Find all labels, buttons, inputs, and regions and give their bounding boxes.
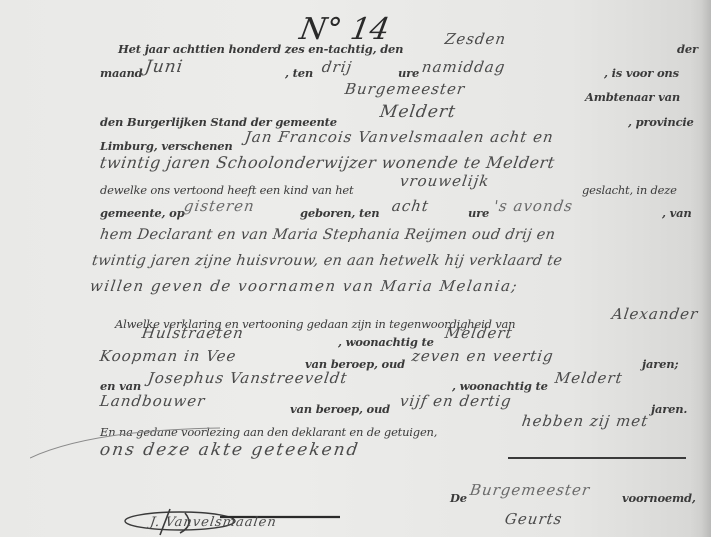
printed-l2d: , is voor ons bbox=[604, 66, 679, 80]
printed-l1b: der bbox=[677, 42, 698, 56]
printed-l3: Ambtenaar van bbox=[585, 90, 680, 104]
ink-stroke bbox=[30, 420, 230, 464]
hand-closing-line1: hebben zij met bbox=[521, 412, 650, 430]
hand-declarant-line1: Jan Francois Vanvelsmaalen acht en bbox=[244, 128, 555, 146]
hand-witness1-line2: Hulstraeten bbox=[141, 324, 245, 342]
printed-l14b: jaren; bbox=[642, 357, 678, 371]
printed-l16a: van beroep, oud bbox=[290, 402, 390, 416]
printed-l7b: geslacht, in deze bbox=[582, 183, 677, 197]
printed-l8c: ure bbox=[468, 206, 489, 220]
printed-sig-b: voornoemd, bbox=[622, 491, 696, 505]
hand-witness2-name: Josephus Vanstreeveldt bbox=[147, 369, 349, 387]
printed-l16b: jaren. bbox=[651, 402, 687, 416]
printed-l8a: gemeente, op bbox=[100, 206, 184, 220]
hand-parents-line1: hem Declarant en van Maria Stephania Rei… bbox=[99, 227, 556, 243]
printed-l15a: en van bbox=[100, 379, 141, 393]
printed-l2c: ure bbox=[398, 66, 419, 80]
hand-birth-day: gisteren bbox=[183, 197, 256, 215]
hand-witness2-residence: Meldert bbox=[554, 369, 624, 387]
hand-sig-title: Burgemeester bbox=[469, 481, 592, 499]
hand-parents-line3: willen geven de voornamen van Maria Mela… bbox=[89, 277, 520, 295]
printed-sig-a: De bbox=[450, 491, 467, 505]
hand-witness2-age: vijf en dertig bbox=[399, 392, 513, 410]
printed-l8d: , van bbox=[662, 206, 692, 220]
hand-parents-line2: twintig jaren zijne huisvrouw, en aan he… bbox=[91, 253, 563, 269]
hand-birth-daypart: 's avonds bbox=[493, 197, 575, 215]
hand-witness1-age: zeven en veertig bbox=[411, 347, 555, 365]
printed-l5: Limburg, verschenen bbox=[100, 139, 233, 153]
hand-witness1-line1: Alexander bbox=[611, 305, 700, 323]
hand-sex: vrouwelijk bbox=[399, 172, 491, 190]
hand-official: Burgemeester bbox=[344, 80, 467, 98]
document-page: N° 14 Het jaar achttien honderd zes en-t… bbox=[0, 0, 711, 537]
printed-l2a: maand bbox=[100, 66, 142, 80]
printed-l1a: Het jaar achttien honderd zes en-tachtig… bbox=[118, 42, 403, 56]
declarant-signature: J. Vanvelsmaalen bbox=[149, 515, 278, 530]
mayor-signature: Geurts bbox=[504, 510, 564, 528]
hand-hour: drij bbox=[321, 58, 354, 76]
closing-rule bbox=[508, 457, 686, 459]
printed-l8b: geboren, ten bbox=[300, 206, 379, 220]
printed-l2b: , ten bbox=[285, 66, 313, 80]
hand-declarant-line2: twintig jaren Schoolonderwijzer wonende … bbox=[99, 153, 556, 172]
hand-daypart: namiddag bbox=[421, 58, 507, 76]
hand-witness1-occupation: Koopman in Vee bbox=[99, 347, 238, 365]
page-edge-shadow bbox=[701, 0, 711, 537]
hand-witness2-occupation: Landbouwer bbox=[99, 392, 207, 410]
printed-l7a: dewelke ons vertoond heeft een kind van … bbox=[100, 183, 353, 197]
hand-municipality: Meldert bbox=[379, 102, 458, 122]
printed-l4a: den Burgerlijken Stand der gemeente bbox=[100, 115, 337, 129]
hand-month: Juni bbox=[144, 57, 185, 77]
printed-l4b: , provincie bbox=[628, 115, 694, 129]
hand-witness1-residence: Meldert bbox=[444, 324, 514, 342]
hand-birth-hour: acht bbox=[391, 197, 431, 215]
printed-l15b: , woonachtig te bbox=[452, 379, 548, 393]
hand-day: Zesden bbox=[444, 30, 508, 48]
